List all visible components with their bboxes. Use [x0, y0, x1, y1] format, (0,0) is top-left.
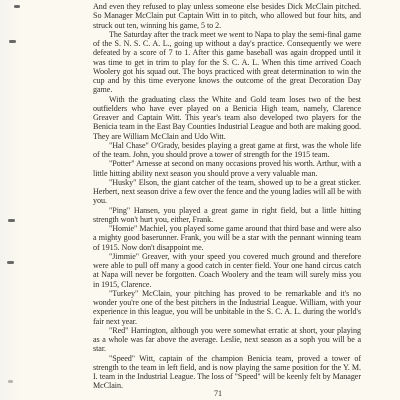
paragraph: "Speed" Witt, captain of the champion Be…: [93, 354, 361, 391]
paragraph: "Potter" Arnesse at second on many occas…: [93, 159, 361, 178]
paragraph: "Turkey" McClain, your pitching has prov…: [93, 289, 361, 326]
paragraph: "Ping" Hansen, you played a great game i…: [93, 206, 361, 225]
punch-hole-mark: [7, 261, 14, 264]
paragraph: The Saturday after the track meet we wen…: [93, 30, 361, 95]
document-body: And even they refused to play unless som…: [93, 2, 361, 391]
paragraph: And even they refused to play unless som…: [93, 2, 361, 30]
paragraph: "Red" Harrington, although you were some…: [93, 326, 361, 354]
paragraph: "Homie" Machiel, you played some game ar…: [93, 224, 361, 252]
paragraph: "Husky" Elson, the giant catcher of the …: [93, 178, 361, 206]
page-margin-strip: [0, 0, 20, 400]
paragraph: "Jimmie" Greaver, with your speed you co…: [93, 252, 361, 289]
punch-hole-mark: [14, 5, 20, 8]
punch-hole-mark: [8, 380, 13, 383]
punch-hole-mark: [8, 219, 15, 222]
page-number: 71: [214, 389, 222, 398]
paragraph: "Hal Chase" O'Grady, besides playing a g…: [93, 141, 361, 160]
paragraph: With the graduating class the White and …: [93, 95, 361, 141]
punch-hole-mark: [9, 40, 16, 43]
